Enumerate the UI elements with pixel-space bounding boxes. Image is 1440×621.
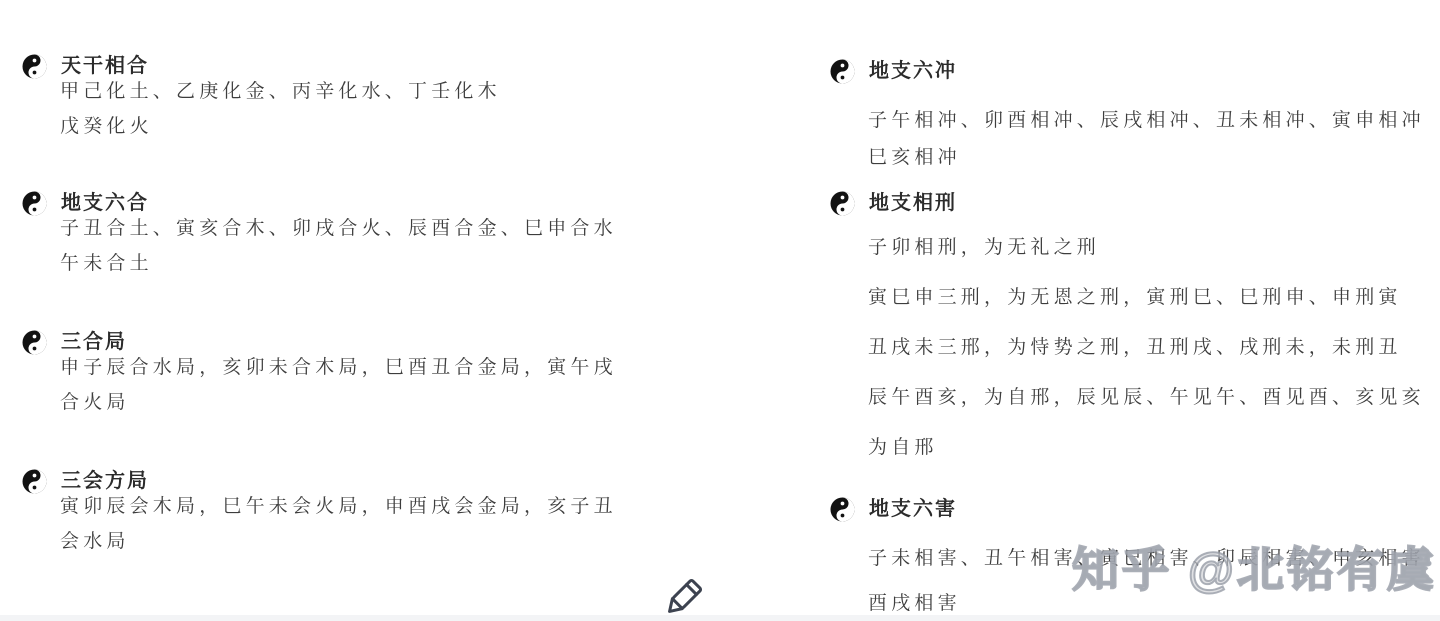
section-dizhi-xiangxing: 地支相刑 子卯相刑，为无礼之刑 寅巳申三刑，为无恩之刑，寅刑巳、巳刑申、申刑寅 … <box>830 190 1425 461</box>
section-text-line: 合火局 <box>60 390 617 416</box>
section-header: 地支六冲 <box>830 58 1425 84</box>
section-title: 地支六害 <box>869 496 957 522</box>
section-text-line: 戊癸化火 <box>60 114 501 140</box>
section-text-line: 会水局 <box>60 529 617 555</box>
section-header: 三会方局 <box>22 468 617 494</box>
section-text-line: 午未合土 <box>60 251 617 277</box>
pencil-edit-icon[interactable] <box>663 576 703 620</box>
section-text-line: 甲己化土、乙庚化金、丙辛化水、丁壬化木 <box>60 79 501 105</box>
section-title: 地支六冲 <box>869 58 957 84</box>
yin-yang-icon <box>22 330 47 355</box>
section-header: 地支六合 <box>22 190 617 216</box>
section-dizhi-liuhai: 地支六害 子未相害、丑午相害、寅巳相害、卯辰相害、申亥相害 酉戌相害 <box>830 496 1425 617</box>
section-text-line: 子未相害、丑午相害、寅巳相害、卯辰相害、申亥相害 <box>868 546 1425 572</box>
section-text-line: 丑戌未三邢，为恃势之刑，丑刑戌、戌刑未，未刑丑 <box>868 335 1425 361</box>
section-title: 地支相刑 <box>869 190 957 216</box>
section-title: 三会方局 <box>61 468 149 494</box>
section-dizhi-liuhe: 地支六合 子丑合土、寅亥合木、卯戌合火、辰酉合金、巳申合水 午未合土 <box>22 190 617 277</box>
section-text-line: 子午相冲、卯酉相冲、辰戌相冲、丑未相冲、寅申相冲 <box>868 108 1425 134</box>
yin-yang-icon <box>22 469 47 494</box>
section-dizhi-liuchong: 地支六冲 子午相冲、卯酉相冲、辰戌相冲、丑未相冲、寅申相冲 巳亥相冲 <box>830 58 1425 171</box>
section-header: 三合局 <box>22 329 617 355</box>
yin-yang-icon <box>22 191 47 216</box>
section-text-line: 酉戌相害 <box>868 591 1425 617</box>
section-text-line: 寅卯辰会木局，巳午未会火局，申酉戌会金局，亥子丑 <box>60 494 617 520</box>
section-header: 地支六害 <box>830 496 1425 522</box>
section-text-line: 子丑合土、寅亥合木、卯戌合火、辰酉合金、巳申合水 <box>60 216 617 242</box>
section-sanheju: 三合局 申子辰合水局，亥卯未合木局，巳酉丑合金局，寅午戌 合火局 <box>22 329 617 416</box>
section-text-line: 巳亥相冲 <box>868 145 1425 171</box>
section-text-line: 为自邢 <box>868 435 1425 461</box>
section-text-line: 子卯相刑，为无礼之刑 <box>868 235 1425 261</box>
section-text-line: 申子辰合水局，亥卯未合木局，巳酉丑合金局，寅午戌 <box>60 355 617 381</box>
section-text-line: 寅巳申三刑，为无恩之刑，寅刑巳、巳刑申、申刑寅 <box>868 285 1425 311</box>
section-tiangan-xianghe: 天干相合 甲己化土、乙庚化金、丙辛化水、丁壬化木 戊癸化火 <box>22 53 501 140</box>
section-header: 天干相合 <box>22 53 501 79</box>
section-title: 地支六合 <box>61 190 149 216</box>
section-sanhui-fangju: 三会方局 寅卯辰会木局，巳午未会火局，申酉戌会金局，亥子丑 会水局 <box>22 468 617 555</box>
section-text-line: 辰午酉亥，为自邢，辰见辰、午见午、酉见酉、亥见亥 <box>868 385 1425 411</box>
section-title: 三合局 <box>61 329 127 355</box>
yin-yang-icon <box>830 497 855 522</box>
section-header: 地支相刑 <box>830 190 1425 216</box>
yin-yang-icon <box>830 191 855 216</box>
yin-yang-icon <box>830 59 855 84</box>
yin-yang-icon <box>22 54 47 79</box>
section-title: 天干相合 <box>61 53 149 79</box>
bottom-divider <box>0 615 1440 621</box>
